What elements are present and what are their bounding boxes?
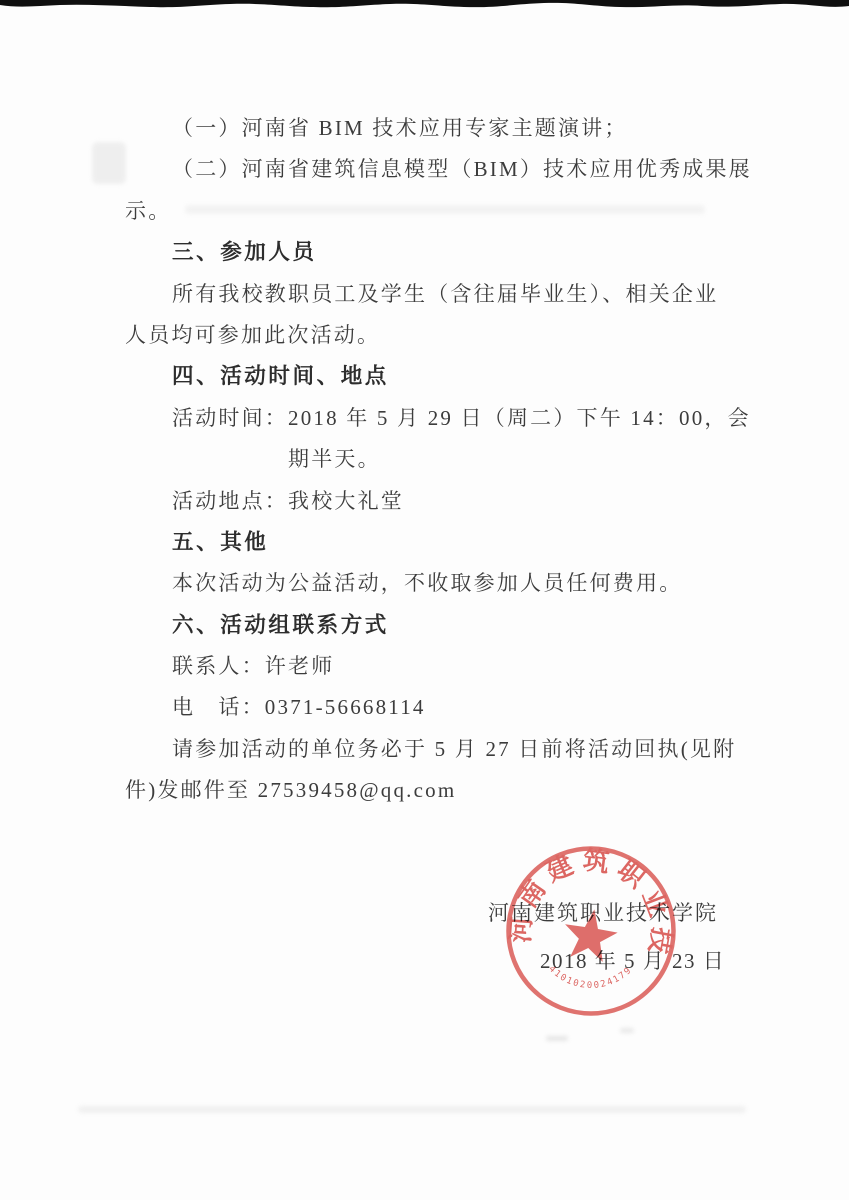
section-heading-3: 三、参加人员 [125,232,775,273]
section-heading-6: 六、活动组联系方式 [125,605,775,646]
body-line-item-1: （一）河南省 BIM 技术应用专家主题演讲； [125,108,775,149]
section-heading-4: 四、活动时间、地点 [125,356,775,397]
body-line-item-2: （二）河南省建筑信息模型（BIM）技术应用优秀成果展 [125,149,775,190]
body-line-item-2-cont: 示。 [125,191,775,232]
body-line-free-of-charge: 本次活动为公益活动，不收取参加人员任何费用。 [125,563,775,604]
svg-text:4101020024179: 4101020024179 [546,964,634,991]
scan-smudge [78,1106,746,1113]
document-body: （一）河南省 BIM 技术应用专家主题演讲； （二）河南省建筑信息模型（BIM）… [125,108,775,812]
seal-serial-number: 4101020024179 [546,964,634,991]
body-line-contact-phone: 电 话：0371-56668114 [125,687,775,728]
body-line-event-time: 活动时间：2018 年 5 月 29 日（周二）下午 14：00，会 [125,398,775,439]
body-line-participants-cont: 人员均可参加此次活动。 [125,315,775,356]
body-line-contact-person: 联系人：许老师 [125,646,775,687]
body-line-participants: 所有我校教职员工及学生（含往届毕业生）、相关企业 [125,274,775,315]
seal-star-icon [560,905,620,963]
body-line-event-time-cont: 期半天。 [125,439,775,480]
section-heading-5: 五、其他 [125,522,775,563]
scan-smudge [92,142,126,184]
scanned-document-page: （一）河南省 BIM 技术应用专家主题演讲； （二）河南省建筑信息模型（BIM）… [0,0,849,1200]
body-line-reply-notice: 请参加活动的单位务必于 5 月 27 日前将活动回执(见附 [125,729,775,770]
body-line-reply-email: 件)发邮件至 27539458@qq.com [125,770,775,811]
official-seal-stamp: 河南建筑职业技术学院 4101020024179 [501,841,681,1021]
scan-edge-artifact [0,0,849,12]
scan-smudge [546,1036,568,1041]
body-line-event-place: 活动地点：我校大礼堂 [125,481,775,522]
scan-smudge [620,1028,634,1033]
